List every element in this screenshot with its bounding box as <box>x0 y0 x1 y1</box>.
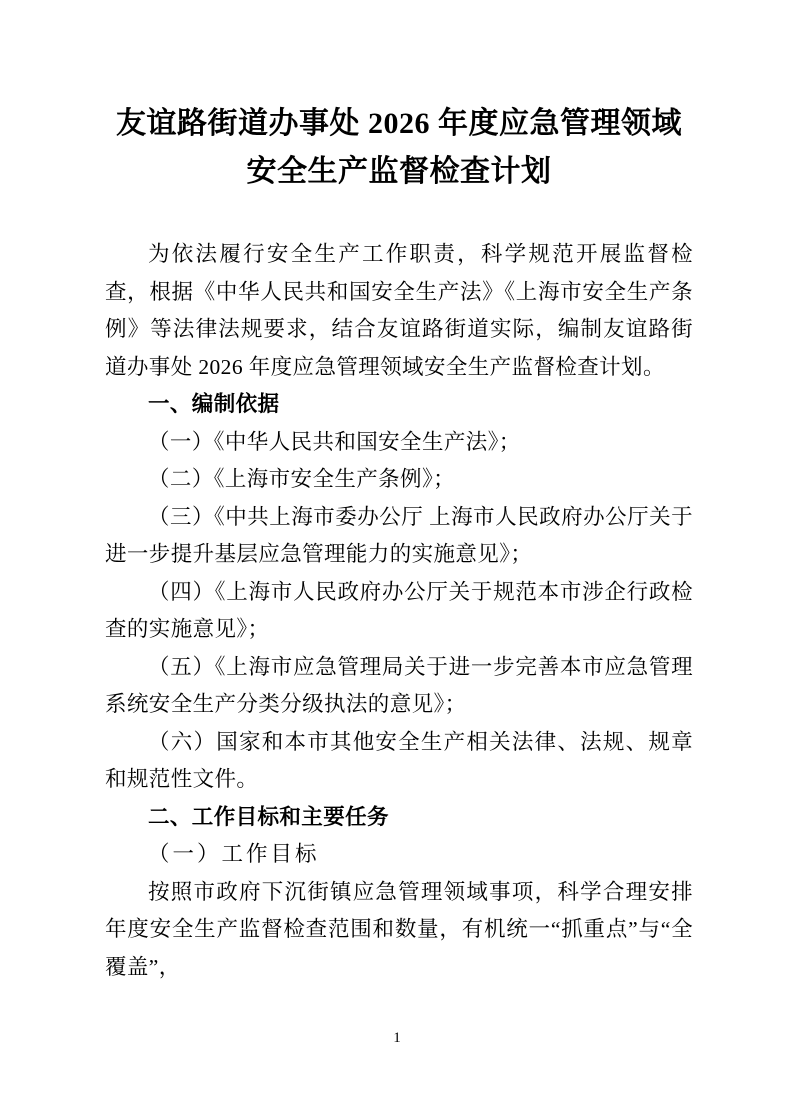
section-1-heading: 一、编制依据 <box>105 386 693 424</box>
basis-item-3: （三）《中共上海市委办公厅 上海市人民政府办公厅关于进一步提升基层应急管理能力的… <box>105 499 693 574</box>
basis-item-6: （六）国家和本市其他安全生产相关法律、法规、规章和规范性文件。 <box>105 724 693 799</box>
title-line-2: 安全生产监督检查计划 <box>105 148 693 196</box>
page-number: 1 <box>0 1030 794 1047</box>
section-2-subheading: （一）工作目标 <box>105 836 693 874</box>
basis-item-2: （二）《上海市安全生产条例》； <box>105 461 693 499</box>
intro-paragraph: 为依法履行安全生产工作职责，科学规范开展监督检查，根据《中华人民共和国安全生产法… <box>105 236 693 386</box>
basis-item-5: （五）《上海市应急管理局关于进一步完善本市应急管理系统安全生产分类分级执法的意见… <box>105 649 693 724</box>
basis-item-1: （一）《中华人民共和国安全生产法》； <box>105 424 693 462</box>
work-goal-paragraph: 按照市政府下沉街镇应急管理领域事项，科学合理安排年度安全生产监督检查范围和数量，… <box>105 874 693 987</box>
section-2-heading: 二、工作目标和主要任务 <box>105 799 693 837</box>
title-line-1: 友谊路街道办事处 2026 年度应急管理领域 <box>105 100 693 148</box>
document-content: 友谊路街道办事处 2026 年度应急管理领域 安全生产监督检查计划 为依法履行安… <box>105 100 693 986</box>
document-page: 友谊路街道办事处 2026 年度应急管理领域 安全生产监督检查计划 为依法履行安… <box>0 0 794 1093</box>
document-title: 友谊路街道办事处 2026 年度应急管理领域 安全生产监督检查计划 <box>105 100 693 196</box>
basis-item-4: （四）《上海市人民政府办公厅关于规范本市涉企行政检查的实施意见》； <box>105 574 693 649</box>
